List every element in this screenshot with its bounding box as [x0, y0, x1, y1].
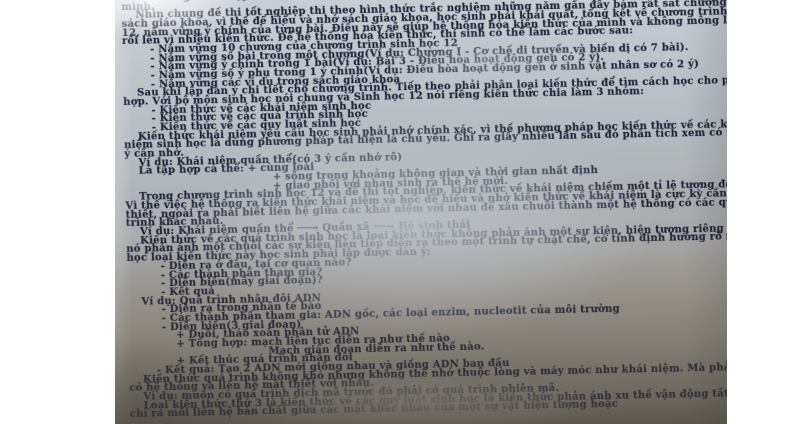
screenshot-canvas: giải bài tập trong phiếu in sẵn trên cơ …: [0, 0, 800, 424]
document-text-block: giải bài tập trong phiếu in sẵn trên cơ …: [121, 0, 727, 420]
document-photo: giải bài tập trong phiếu in sẵn trên cơ …: [115, 0, 727, 424]
